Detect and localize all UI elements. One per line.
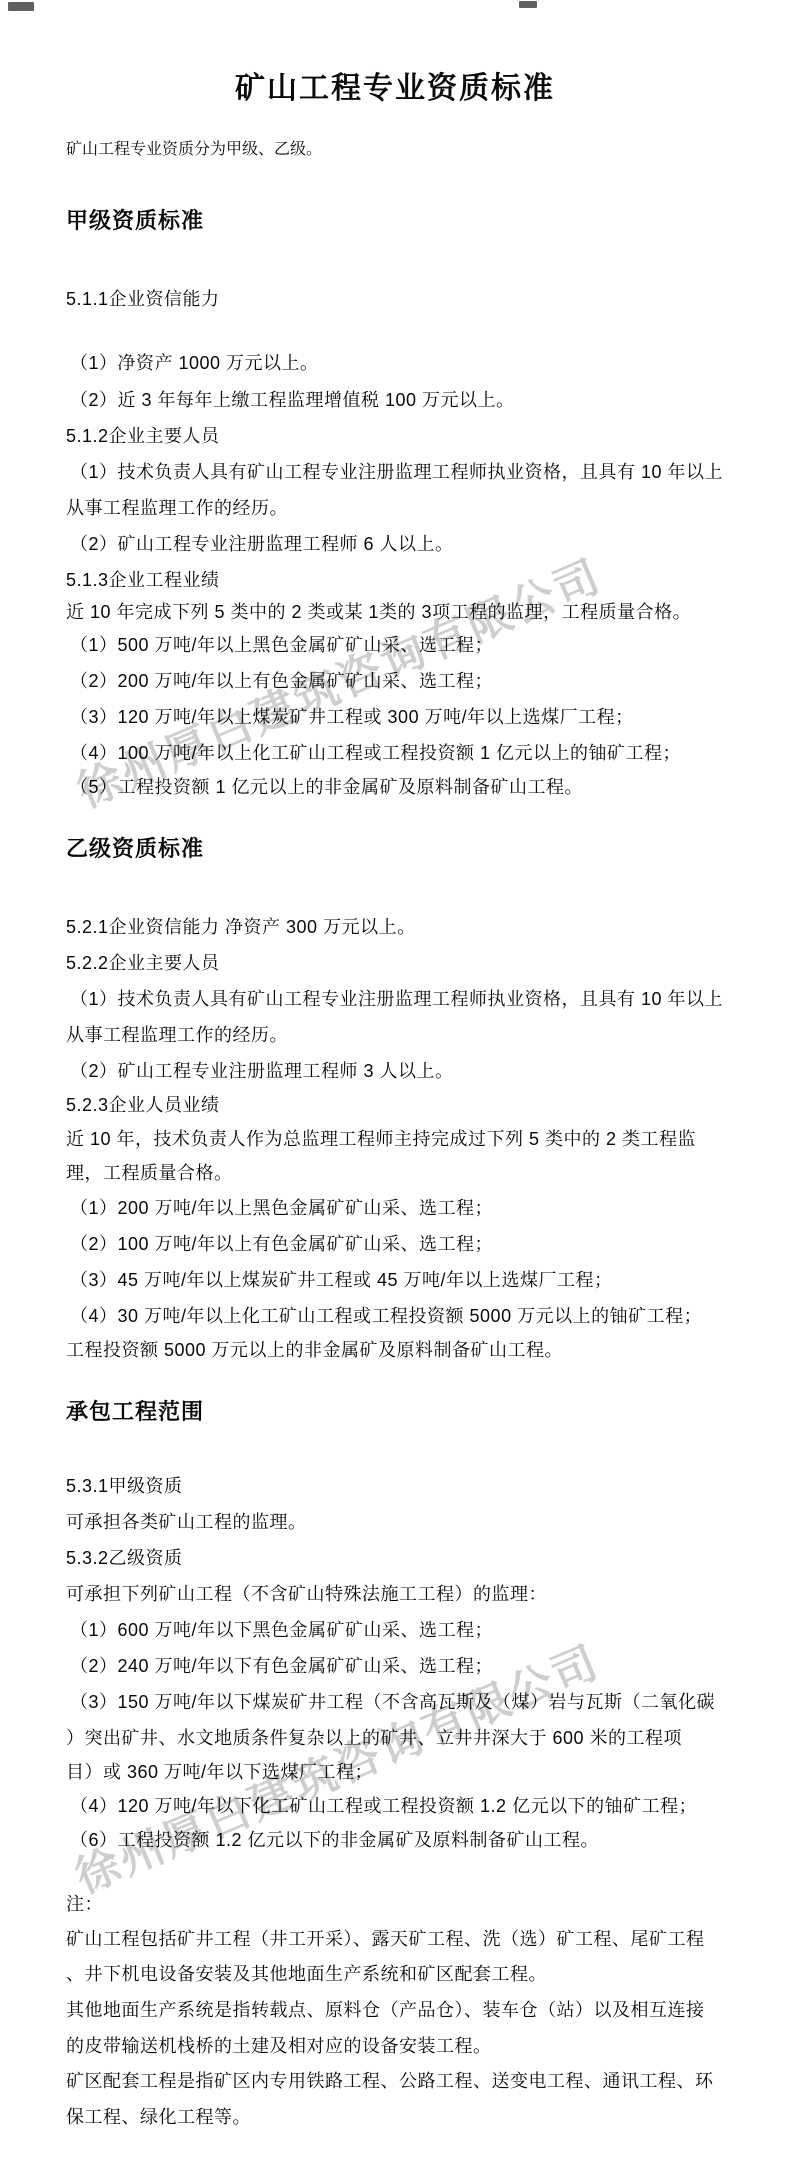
list-item: （5）工程投资额 1 亿元以上的非金属矿及原料制备矿山工程。 [70, 776, 583, 799]
list-item: （3）45 万吨/年以上煤炭矿井工程或 45 万吨/年以上选煤厂工程； [70, 1269, 613, 1292]
list-item: （4）120 万吨/年以下化工矿山工程或工程投资额 1.2 亿元以下的铀矿工程； [70, 1795, 697, 1818]
section-heading: 乙级资质标准 [66, 835, 204, 863]
doc-line: 5.3.1甲级资质 [66, 1475, 183, 1498]
doc-line: 的皮带输送机栈桥的土建及相对应的设备安装工程。 [66, 2035, 492, 2058]
doc-line: 5.1.1企业资信能力 [66, 288, 220, 311]
document-content: 矿山工程专业资质标准矿山工程专业资质分为甲级、乙级。甲级资质标准5.1.1企业资… [0, 0, 790, 2180]
list-item: （2）矿山工程专业注册监理工程师 3 人以上。 [70, 1060, 454, 1083]
doc-line: 其他地面生产系统是指转载点、原料仓（产品仓）、装车仓（站）以及相互连接 [66, 1999, 705, 2022]
doc-line: 5.2.1企业资信能力 净资产 300 万元以上。 [66, 916, 416, 939]
doc-line: ）突出矿井、水文地质条件复杂以上的矿井、立井井深大于 600 米的工程项 [66, 1727, 682, 1750]
doc-line: 5.2.3企业人员业绩 [66, 1094, 220, 1117]
page-title: 矿山工程专业资质标准 [0, 70, 790, 108]
doc-line: 5.1.2企业主要人员 [66, 425, 220, 448]
list-item: （3）120 万吨/年以上煤炭矿井工程或 300 万吨/年以上选煤厂工程； [70, 706, 634, 729]
doc-line: 5.2.2企业主要人员 [66, 952, 220, 975]
doc-line: 、井下机电设备安装及其他地面生产系统和矿区配套工程。 [66, 1963, 547, 1986]
doc-line: 注： [66, 1893, 103, 1916]
section-heading: 承包工程范围 [66, 1398, 204, 1426]
doc-line: 近 10 年完成下列 5 类中的 2 类或某 1类的 3项工程的监理，工程质量合… [66, 601, 691, 624]
intro-text: 矿山工程专业资质分为甲级、乙级。 [66, 140, 322, 160]
list-item: （3）150 万吨/年以下煤炭矿井工程（不含高瓦斯及（煤）岩与瓦斯（二氧化碳 [70, 1691, 715, 1714]
doc-line: 矿区配套工程是指矿区内专用铁路工程、公路工程、送变电工程、通讯工程、环 [66, 2070, 714, 2093]
section-heading: 甲级资质标准 [66, 207, 204, 235]
list-item: （2）200 万吨/年以上有色金属矿矿山采、选工程； [70, 670, 493, 693]
list-item: （1）净资产 1000 万元以上。 [70, 352, 319, 375]
list-item: （4）100 万吨/年以上化工矿山工程或工程投资额 1 亿元以上的铀矿工程； [70, 742, 681, 765]
document-page: 徐州厚白建筑咨询有限公司徐州厚白建筑咨询有限公司 矿山工程专业资质标准矿山工程专… [0, 0, 790, 2180]
list-item: （2）近 3 年每年上缴工程监理增值税 100 万元以上。 [70, 389, 515, 412]
list-item: （2）矿山工程专业注册监理工程师 6 人以上。 [70, 533, 454, 556]
doc-line: 5.3.2乙级资质 [66, 1547, 183, 1570]
doc-line: 理，工程质量合格。 [66, 1162, 233, 1185]
doc-line: 目）或 360 万吨/年以下选煤厂工程； [66, 1761, 373, 1784]
doc-line: 5.1.3企业工程业绩 [66, 569, 220, 592]
list-item: （1）技术负责人具有矿山工程专业注册监理工程师执业资格，且具有 10 年以上 [70, 988, 723, 1011]
list-item: （2）100 万吨/年以上有色金属矿矿山采、选工程； [70, 1233, 493, 1256]
list-item: （1）500 万吨/年以上黑色金属矿矿山采、选工程； [70, 634, 493, 657]
doc-line: 可承担下列矿山工程（不含矿山特殊法施工工程）的监理： [66, 1583, 547, 1606]
list-item: （1）600 万吨/年以下黑色金属矿矿山采、选工程； [70, 1619, 493, 1642]
list-item: （6）工程投资额 1.2 亿元以下的非金属矿及原料制备矿山工程。 [70, 1829, 599, 1852]
doc-line: 可承担各类矿山工程的监理。 [66, 1511, 307, 1534]
doc-line: 矿山工程包括矿井工程（井工开采）、露天矿工程、洗（选）矿工程、尾矿工程 [66, 1928, 705, 1951]
list-item: （2）240 万吨/年以下有色金属矿矿山采、选工程； [70, 1655, 493, 1678]
doc-line: 从事工程监理工作的经历。 [66, 1024, 288, 1047]
doc-line: 近 10 年，技术负责人作为总监理工程师主持完成过下列 5 类中的 2 类工程监 [66, 1128, 696, 1151]
doc-line: 保工程、绿化工程等。 [66, 2106, 251, 2129]
list-item: （1）技术负责人具有矿山工程专业注册监理工程师执业资格，且具有 10 年以上 [70, 461, 723, 484]
doc-line: 工程投资额 5000 万元以上的非金属矿及原料制备矿山工程。 [66, 1339, 563, 1362]
doc-line: 从事工程监理工作的经历。 [66, 497, 288, 520]
list-item: （4）30 万吨/年以上化工矿山工程或工程投资额 5000 万元以上的铀矿工程； [70, 1305, 702, 1328]
list-item: （1）200 万吨/年以上黑色金属矿矿山采、选工程； [70, 1197, 493, 1220]
